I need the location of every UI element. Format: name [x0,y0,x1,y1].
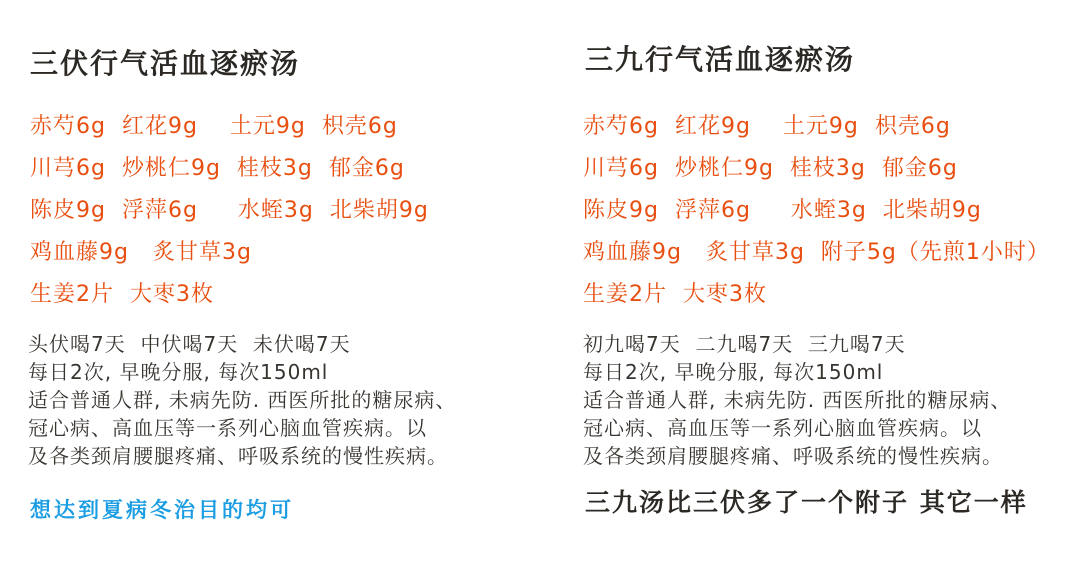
instruction-line: 适合普通人群, 未病先防. 西医所批的糖尿病、 [583,386,1011,414]
instruction-line: 冠心病、高血压等一系列心脑血管疾病。以 [28,414,456,442]
sanfu-herb-list: 赤芍6g 红花9g 土元9g 枳壳6g 川芎6g 炒桃仁9g 桂枝3g 郁金6g… [30,106,429,316]
instruction-line: 头伏喝7天 中伏喝7天 未伏喝7天 [28,330,456,358]
recipe-difference-note: 三九汤比三伏多了一个附子 其它一样 [585,483,1028,519]
instruction-line: 适合普通人群, 未病先防. 西医所批的糖尿病、 [28,386,456,414]
herb-line: 生姜2片 大枣3枚 [30,274,429,316]
sanjiu-herb-list: 赤芍6g 红花9g 土元9g 枳壳6g 川芎6g 炒桃仁9g 桂枝3g 郁金6g… [583,106,1050,316]
instruction-line: 冠心病、高血压等一系列心脑血管疾病。以 [583,414,1011,442]
herbal-recipe-sheet: 三伏行气活血逐瘀汤 赤芍6g 红花9g 土元9g 枳壳6g 川芎6g 炒桃仁9g… [0,0,1070,572]
herb-line: 鸡血藤9g 炙甘草3g 附子5g（先煎1小时） [583,232,1050,274]
instruction-line: 每日2次, 早晚分服, 每次150ml [28,358,456,386]
instruction-line: 及各类颈肩腰腿疼痛、呼吸系统的慢性疾病。 [583,442,1011,470]
instruction-line: 每日2次, 早晚分服, 每次150ml [583,358,1011,386]
herb-line: 陈皮9g 浮萍6g 水蛭3g 北柴胡9g [583,190,1050,232]
instruction-line: 初九喝7天 二九喝7天 三九喝7天 [583,330,1011,358]
instruction-line: 及各类颈肩腰腿疼痛、呼吸系统的慢性疾病。 [28,442,456,470]
herb-line: 陈皮9g 浮萍6g 水蛭3g 北柴胡9g [30,190,429,232]
winter-treatment-note: 想达到夏病冬治目的均可 [30,494,294,524]
sanjiu-instructions: 初九喝7天 二九喝7天 三九喝7天 每日2次, 早晚分服, 每次150ml 适合… [583,330,1011,470]
herb-line: 鸡血藤9g 炙甘草3g [30,232,429,274]
herb-line: 赤芍6g 红花9g 土元9g 枳壳6g [583,106,1050,148]
sanfu-recipe-title: 三伏行气活血逐瘀汤 [30,42,300,82]
sanfu-instructions: 头伏喝7天 中伏喝7天 未伏喝7天 每日2次, 早晚分服, 每次150ml 适合… [28,330,456,470]
herb-line: 赤芍6g 红花9g 土元9g 枳壳6g [30,106,429,148]
herb-line: 川芎6g 炒桃仁9g 桂枝3g 郁金6g [30,148,429,190]
herb-line: 川芎6g 炒桃仁9g 桂枝3g 郁金6g [583,148,1050,190]
sanjiu-recipe-title: 三九行气活血逐瘀汤 [585,38,855,78]
herb-line: 生姜2片 大枣3枚 [583,274,1050,316]
